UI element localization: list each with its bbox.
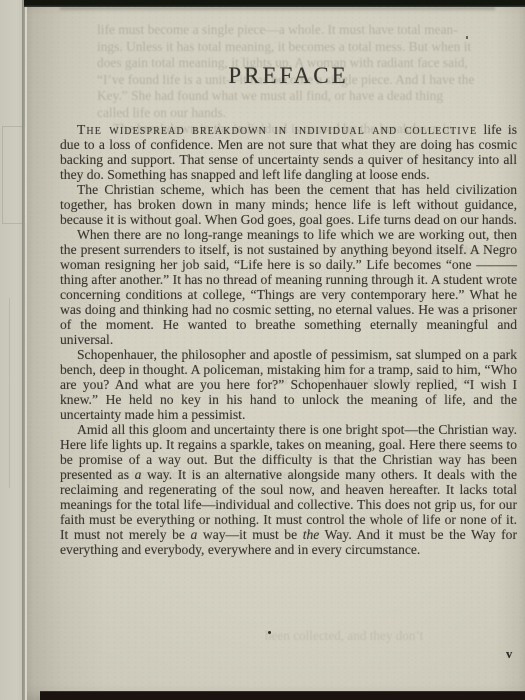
bleedthrough-line: ings. Unless it has total meaning, it be… (97, 39, 525, 56)
book-top-edge-shadow (60, 7, 495, 10)
book-cover-edge (0, 0, 24, 700)
paragraph: Schopenhauer, the philosopher and apostl… (60, 347, 517, 422)
bleedthrough-line: Key.” She had found what we must all fin… (97, 88, 525, 105)
bleedthrough-fragment: been collected, and they don’t (265, 628, 503, 644)
paragraph: The widespread breakdown in individual a… (60, 122, 517, 182)
text-run: The widespread breakdown in individual a… (77, 122, 477, 137)
paragraph: The Christian scheme, which has been the… (60, 182, 517, 227)
preface-text: The widespread breakdown in individual a… (60, 122, 517, 557)
book-top-edge (24, 0, 525, 7)
ink-speck (466, 36, 468, 39)
text-run: way—it must be (197, 527, 302, 542)
page-number: v (506, 647, 512, 662)
book-page: life must become a single piece—a whole.… (27, 0, 525, 700)
bleedthrough-line: life must become a single piece—a whole.… (97, 22, 525, 39)
paragraph: When there are no long-range meanings to… (60, 227, 517, 347)
text-run: The Christian scheme, which has been the… (60, 182, 517, 227)
book-photo: life must become a single piece—a whole.… (0, 0, 525, 700)
paragraph: Amid all this gloom and uncertainty ther… (60, 422, 517, 557)
text-run: the (303, 527, 320, 542)
ink-speck (268, 631, 271, 634)
text-run: Schopenhauer, the philosopher and apostl… (60, 347, 517, 422)
cover-emboss-line (9, 298, 10, 488)
page-title: PREFACE (60, 63, 517, 89)
bleedthrough-line: called life on our hands. (97, 105, 525, 122)
text-run: When there are no long-range meanings to… (60, 227, 517, 347)
book-bottom-edge (40, 691, 525, 700)
